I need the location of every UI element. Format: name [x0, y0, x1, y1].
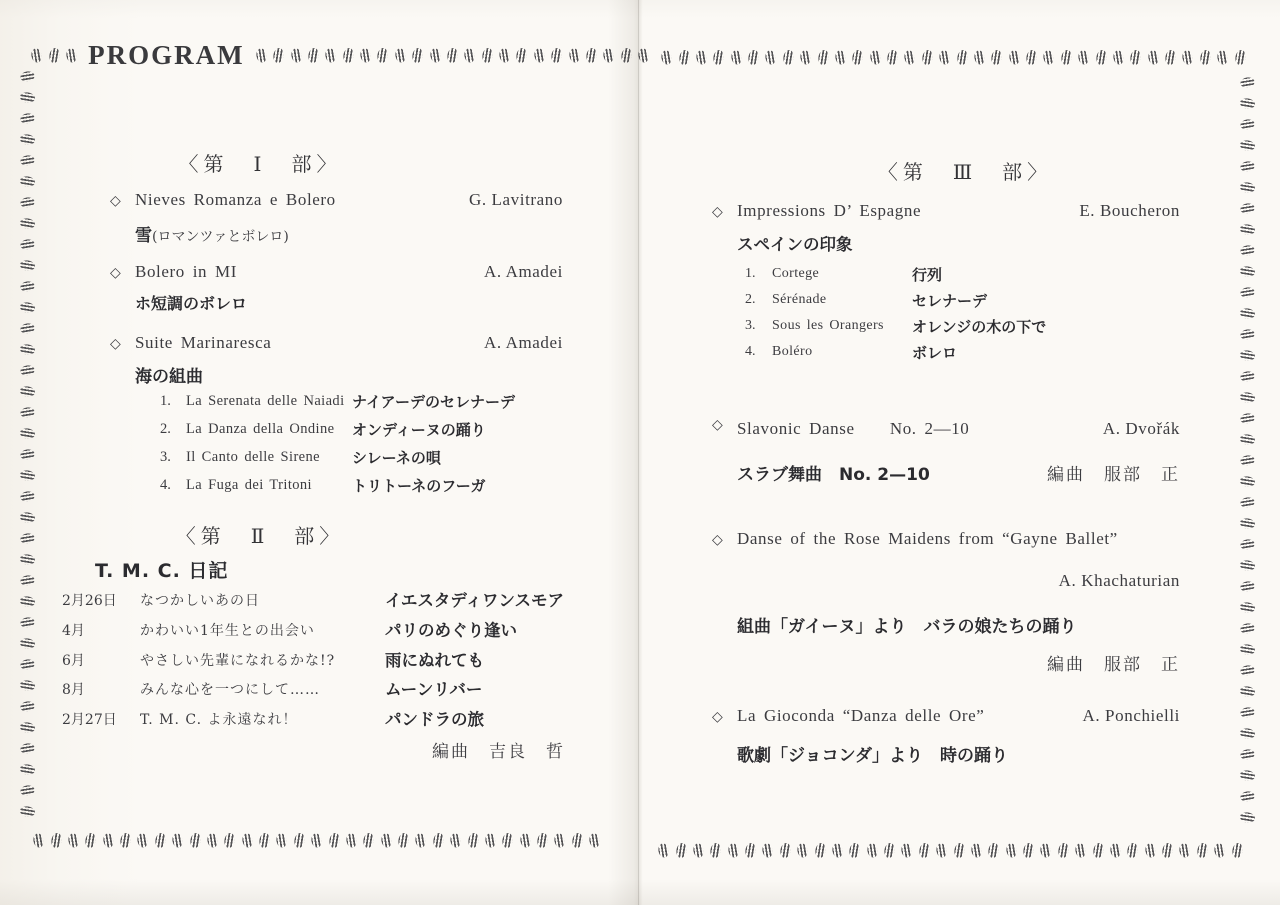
- piece-title: Slavonic Danse No. 2—10: [737, 414, 969, 439]
- ornament-icon: [223, 832, 236, 849]
- composer-name: A. Amadei: [484, 333, 563, 353]
- diary-title: T. M. C. 日記: [95, 556, 228, 583]
- ornament-icon: [380, 833, 393, 849]
- ornament-icon: [1042, 50, 1055, 66]
- ornament-icon: [19, 679, 36, 692]
- program-item: Bolero in MI A. Amadei: [135, 262, 563, 282]
- ornament-icon: [463, 48, 476, 64]
- ornament-icon: [952, 842, 965, 859]
- subtitle-main: 雪: [135, 226, 152, 246]
- ornament-icon: [84, 832, 97, 849]
- part2-heading: 〈第 Ⅱ 部〉: [100, 520, 420, 549]
- ornament-icon: [20, 700, 36, 713]
- ornament-icon: [19, 595, 36, 608]
- diary-date: 8月: [62, 679, 85, 699]
- ornament-icon: [241, 833, 254, 849]
- ornament-icon: [730, 50, 743, 66]
- program-item: Nieves Romanza e Bolero G. Lavitrano: [135, 190, 563, 210]
- diamond-bullet: ◇: [712, 532, 723, 548]
- ornament-icon: [533, 48, 546, 64]
- movement-title: Il Canto delle Sirene: [186, 449, 320, 466]
- ornament-icon: [1216, 50, 1229, 66]
- diary-song: パンドラの旅: [385, 706, 484, 730]
- ornament-icon: [449, 833, 462, 849]
- ornament-icon: [1240, 748, 1256, 761]
- ornament-icon: [1240, 160, 1256, 173]
- piece-subtitle: 雪(ロマンツァとボレロ): [135, 221, 289, 246]
- ornament-icon: [536, 832, 549, 849]
- movement-title: Boléro: [772, 344, 813, 360]
- ornament-icon: [727, 843, 740, 859]
- ornament-icon: [660, 50, 673, 66]
- ornament-icon: [515, 47, 528, 64]
- movement-title-ja: トリトーネのフーガ: [352, 475, 486, 496]
- ornament-icon: [1181, 50, 1194, 66]
- ornament-icon: [747, 49, 760, 66]
- ornament-icon: [466, 832, 479, 849]
- ornament-icon: [677, 49, 690, 66]
- ornament-icon: [744, 842, 757, 859]
- ornament-icon: [20, 784, 36, 797]
- ornament-icon: [484, 833, 497, 849]
- ornament-icon: [851, 49, 864, 66]
- piece-title: La Gioconda “Danza delle Ore”: [737, 706, 984, 726]
- movement-title: Cortege: [772, 266, 819, 282]
- diary-date: 2月26日: [62, 590, 117, 610]
- ornament-icon: [1005, 843, 1018, 859]
- ornament-icon: [342, 47, 355, 64]
- ornament-icon: [782, 49, 795, 66]
- ornament-icon: [310, 833, 323, 849]
- movement-title-ja: セレナーデ: [912, 290, 987, 311]
- ornament-icon: [1239, 349, 1256, 362]
- program-item: Suite Marinaresca A. Amadei: [135, 333, 563, 353]
- ornament-icon: [20, 532, 36, 545]
- ornament-icon: [1240, 328, 1256, 341]
- diary-date: 2月27日: [62, 709, 117, 729]
- ornament-icon: [1144, 843, 1157, 859]
- ornament-icon: [1057, 842, 1070, 859]
- piece-title: Suite Marinaresca: [135, 333, 271, 353]
- ornament-icon: [102, 833, 115, 849]
- ornament-icon: [938, 50, 951, 66]
- ornament-icon: [20, 448, 36, 461]
- subtitle-arranger-row: スラブ舞曲 No. 2—10 編曲 服部 正: [737, 460, 1180, 485]
- ornament-icon: [568, 48, 581, 64]
- ornament-icon: [20, 280, 36, 293]
- diamond-bullet: ◇: [712, 204, 723, 220]
- ornament-icon: [1240, 286, 1256, 299]
- ornament-icon: [764, 50, 777, 66]
- ornament-icon: [20, 490, 36, 503]
- ornament-icon: [20, 70, 36, 83]
- ornament-icon: [20, 574, 36, 587]
- ornament-icon: [970, 843, 983, 859]
- ornament-icon: [761, 843, 774, 859]
- composer-name: A. Dvořák: [1103, 419, 1180, 439]
- ornament-icon: [411, 47, 424, 64]
- ornament-icon: [19, 133, 36, 146]
- ornament-icon: [1240, 412, 1256, 425]
- diary-song: ムーンリバー: [385, 676, 482, 700]
- ornament-icon: [394, 48, 407, 64]
- ornament-icon: [1233, 49, 1246, 66]
- diamond-bullet: ◇: [712, 417, 723, 433]
- ornament-icon: [498, 48, 511, 64]
- movement-number: 3.: [160, 449, 171, 466]
- ornament-icon: [519, 833, 532, 849]
- ornament-icon: [19, 763, 36, 776]
- ornament-icon: [30, 48, 43, 64]
- border-top-right: [658, 50, 1249, 65]
- ornament-icon: [1239, 307, 1256, 320]
- movement-number: 4.: [160, 477, 171, 494]
- diamond-bullet: ◇: [712, 709, 723, 725]
- program-item: La Gioconda “Danza delle Ore” A. Ponchie…: [737, 706, 1180, 726]
- diary-song: イエスタディワンスモア: [385, 587, 564, 611]
- ornament-icon: [990, 49, 1003, 66]
- ornament-icon: [206, 833, 219, 849]
- movement-title-ja: ナイアーデのセレナーデ: [352, 391, 515, 412]
- ornament-icon: [307, 47, 320, 64]
- ornament-icon: [1240, 538, 1256, 551]
- ornament-icon: [1164, 49, 1177, 66]
- ornament-icon: [1240, 496, 1256, 509]
- ornament-icon: [19, 427, 36, 440]
- ornament-icon: [345, 833, 358, 849]
- ornament-icon: [779, 842, 792, 859]
- diary-date: 6月: [62, 650, 85, 670]
- ornament-icon: [831, 843, 844, 859]
- ornament-icon: [1109, 843, 1122, 859]
- ornament-icon: [1239, 265, 1256, 278]
- ornament-icon: [47, 47, 60, 64]
- diary-caption: みんな心を一つにして……: [140, 679, 320, 699]
- border-right: [1242, 72, 1253, 828]
- ornament-icon: [1077, 50, 1090, 66]
- ornament-icon: [1147, 50, 1160, 66]
- page-fold-shadow: [608, 0, 664, 905]
- ornament-icon: [712, 49, 725, 66]
- ornament-icon: [1239, 811, 1256, 824]
- ornament-icon: [293, 832, 306, 849]
- piece-subtitle: 組曲「ガイーヌ」より バラの娘たちの踊り: [737, 612, 1077, 637]
- ornament-icon: [362, 832, 375, 849]
- ornament-icon: [1199, 49, 1212, 66]
- ornament-icon: [834, 50, 847, 66]
- ornament-icon: [1239, 517, 1256, 530]
- border-bottom-left: [30, 833, 603, 848]
- ornament-icon: [67, 833, 80, 849]
- composer-name: G. Lavitrano: [469, 190, 563, 210]
- ornament-icon: [886, 49, 899, 66]
- movement-title: La Fuga dei Tritoni: [186, 477, 312, 494]
- ornament-icon: [19, 385, 36, 398]
- composer-name: A. Khachaturian: [737, 571, 1180, 591]
- ornament-icon: [20, 658, 36, 671]
- ornament-icon: [935, 843, 948, 859]
- ornament-icon: [32, 833, 45, 849]
- piece-title: Bolero in MI: [135, 262, 237, 282]
- ornament-icon: [481, 47, 494, 64]
- ornament-icon: [19, 91, 36, 104]
- ornament-icon: [1240, 76, 1256, 89]
- ornament-icon: [585, 47, 598, 64]
- movement-title-ja: ボレロ: [912, 342, 957, 363]
- arranger-credit: 編曲 吉良 哲: [300, 737, 565, 762]
- movement-number: 2.: [160, 421, 171, 438]
- ornament-icon: [20, 616, 36, 629]
- piece-subtitle: 海の組曲: [135, 362, 203, 387]
- movement-title: Sérénade: [772, 292, 827, 308]
- ornament-icon: [1240, 790, 1256, 803]
- ornament-icon: [900, 843, 913, 859]
- ornament-icon: [429, 48, 442, 64]
- ornament-icon: [19, 259, 36, 272]
- ornament-icon: [1060, 49, 1073, 66]
- ornament-icon: [1240, 706, 1256, 719]
- ornament-icon: [1025, 49, 1038, 66]
- ornament-icon: [1239, 769, 1256, 782]
- movement-title: La Danza della Ondine: [186, 421, 334, 438]
- ornament-icon: [1240, 454, 1256, 467]
- ornament-icon: [1239, 97, 1256, 110]
- ornament-icon: [921, 49, 934, 66]
- program-title: PROGRAM: [88, 42, 244, 69]
- ornament-icon: [1178, 843, 1191, 859]
- ornament-icon: [1239, 391, 1256, 404]
- ornament-icon: [657, 843, 670, 859]
- ornament-icon: [376, 47, 389, 64]
- ornament-icon: [1239, 223, 1256, 236]
- ornament-icon: [397, 832, 410, 849]
- ornament-icon: [1239, 433, 1256, 446]
- ornament-icon: [19, 175, 36, 188]
- ornament-icon: [188, 832, 201, 849]
- ornament-icon: [1239, 601, 1256, 614]
- ornament-icon: [1091, 842, 1104, 859]
- ornament-icon: [446, 47, 459, 64]
- ornament-icon: [973, 50, 986, 66]
- ornament-icon: [799, 50, 812, 66]
- diary-song: 雨にぬれても: [385, 647, 484, 671]
- movement-title-ja: オンディーヌの踊り: [352, 419, 486, 440]
- ornament-icon: [1239, 559, 1256, 572]
- composer-name: A. Ponchielli: [1082, 706, 1180, 726]
- ornament-icon: [796, 843, 809, 859]
- ornament-icon: [49, 832, 62, 849]
- ornament-icon: [1129, 49, 1142, 66]
- ornament-icon: [20, 322, 36, 335]
- ornament-icon: [1074, 843, 1087, 859]
- ornament-icon: [1230, 842, 1243, 859]
- ornament-icon: [816, 49, 829, 66]
- ornament-icon: [501, 832, 514, 849]
- ornament-icon: [20, 238, 36, 251]
- border-left: [22, 66, 33, 822]
- composer-name: E. Boucheron: [1079, 201, 1180, 221]
- piece-title: Impressions D’ Espagne: [737, 201, 921, 221]
- movement-title-ja: シレーネの唄: [352, 447, 441, 468]
- ornament-icon: [19, 217, 36, 230]
- ornament-icon: [866, 843, 879, 859]
- ornament-icon: [848, 842, 861, 859]
- ornament-icon: [359, 48, 372, 64]
- diary-date: 4月: [62, 620, 85, 640]
- border-top-left: PROGRAM: [28, 42, 652, 69]
- ornament-icon: [1240, 370, 1256, 383]
- program-item: Impressions D’ Espagne E. Boucheron: [737, 201, 1180, 221]
- arranger-credit: 編曲 服部 正: [737, 650, 1180, 675]
- ornament-icon: [432, 832, 445, 849]
- movement-title-ja: 行列: [912, 264, 942, 285]
- movement-number: 1.: [160, 393, 171, 410]
- diary-song: パリのめぐり逢い: [385, 617, 517, 641]
- ornament-icon: [136, 833, 149, 849]
- ornament-icon: [550, 47, 563, 64]
- ornament-icon: [171, 833, 184, 849]
- ornament-icon: [19, 637, 36, 650]
- ornament-icon: [290, 48, 303, 64]
- subtitle-note: (ロマンツァとボレロ): [152, 229, 289, 245]
- ornament-icon: [987, 842, 1000, 859]
- part1-heading: 〈第 Ⅰ 部〉: [100, 148, 420, 177]
- part3-heading: 〈第 Ⅲ 部〉: [805, 156, 1125, 185]
- ornament-icon: [20, 112, 36, 125]
- ornament-icon: [1239, 475, 1256, 488]
- ornament-icon: [1239, 139, 1256, 152]
- ornament-icon: [19, 301, 36, 314]
- ornament-icon: [674, 842, 687, 859]
- ornament-icon: [955, 49, 968, 66]
- ornament-icon: [637, 48, 650, 64]
- movement-number: 2.: [745, 292, 756, 308]
- ornament-icon: [1239, 727, 1256, 740]
- ornament-icon: [255, 48, 268, 64]
- ornament-icon: [695, 50, 708, 66]
- ornament-icon: [20, 742, 36, 755]
- diary-caption: かわいい1年生との出会い: [140, 620, 315, 640]
- ornament-icon: [602, 48, 615, 64]
- ornament-icon: [19, 343, 36, 356]
- diamond-bullet: ◇: [110, 265, 121, 281]
- diary-caption: なつかしいあの日: [140, 590, 260, 610]
- piece-subtitle: スラブ舞曲 No. 2—10: [737, 460, 930, 485]
- ornament-icon: [883, 842, 896, 859]
- ornament-icon: [1240, 622, 1256, 635]
- border-bottom-right: [655, 843, 1246, 858]
- piece-subtitle: ホ短調のボレロ: [135, 291, 247, 314]
- ornament-icon: [1196, 842, 1209, 859]
- ornament-icon: [1240, 118, 1256, 131]
- ornament-icon: [327, 832, 340, 849]
- ornament-icon: [1161, 842, 1174, 859]
- movement-title: La Serenata delle Naiadi: [186, 393, 345, 410]
- diary-caption: T. M. C. よ永遠なれ！: [140, 709, 298, 729]
- ornament-icon: [20, 406, 36, 419]
- ornament-icon: [19, 805, 36, 818]
- ornament-icon: [1239, 181, 1256, 194]
- ornament-icon: [1022, 842, 1035, 859]
- movement-number: 3.: [745, 318, 756, 334]
- ornament-icon: [553, 833, 566, 849]
- ornament-icon: [1239, 643, 1256, 656]
- arranger-credit: 編曲 服部 正: [1047, 460, 1180, 485]
- ornament-icon: [813, 842, 826, 859]
- piece-subtitle: 歌劇「ジョコンダ」より 時の踊り: [737, 741, 1008, 766]
- ornament-icon: [19, 469, 36, 482]
- piece-title: Nieves Romanza e Bolero: [135, 190, 336, 210]
- diamond-bullet: ◇: [110, 336, 121, 352]
- ornament-icon: [1008, 50, 1021, 66]
- ornament-icon: [20, 154, 36, 167]
- ornament-icon: [869, 50, 882, 66]
- ornament-icon: [903, 50, 916, 66]
- ornament-icon: [20, 364, 36, 377]
- movement-number: 4.: [745, 344, 756, 360]
- ornament-icon: [119, 832, 132, 849]
- ornament-icon: [709, 842, 722, 859]
- ornament-icon: [20, 196, 36, 209]
- ornament-icon: [19, 511, 36, 524]
- page-fold-line: [638, 0, 639, 905]
- ornament-icon: [19, 553, 36, 566]
- composer-name: A. Amadei: [484, 262, 563, 282]
- ornament-icon: [272, 47, 285, 64]
- movement-title: Sous les Orangers: [772, 318, 884, 334]
- ornament-icon: [1094, 49, 1107, 66]
- ornament-icon: [65, 48, 78, 64]
- ornament-icon: [571, 832, 584, 849]
- ornament-icon: [1240, 664, 1256, 677]
- ornament-icon: [19, 721, 36, 734]
- movement-title-ja: オレンジの木の下で: [912, 316, 1046, 337]
- ornament-icon: [258, 832, 271, 849]
- program-item: Slavonic Danse No. 2—10 A. Dvořák: [737, 414, 1180, 439]
- ornament-icon: [1112, 50, 1125, 66]
- piece-title: Danse of the Rose Maidens from “Gayne Ba…: [737, 529, 1118, 549]
- ornament-icon: [1126, 842, 1139, 859]
- diamond-bullet: ◇: [110, 193, 121, 209]
- ornament-icon: [918, 842, 931, 859]
- ornament-icon: [1239, 685, 1256, 698]
- ornament-icon: [1213, 843, 1226, 859]
- movement-number: 1.: [745, 266, 756, 282]
- ornament-icon: [414, 833, 427, 849]
- ornament-icon: [154, 832, 167, 849]
- ornament-icon: [275, 833, 288, 849]
- ornament-icon: [1240, 244, 1256, 257]
- ornament-icon: [1240, 202, 1256, 215]
- ornament-icon: [324, 48, 337, 64]
- ornament-icon: [1240, 580, 1256, 593]
- ornament-icon: [1039, 843, 1052, 859]
- piece-subtitle: スペインの印象: [737, 231, 853, 255]
- ornament-icon: [588, 833, 601, 849]
- diary-caption: やさしい先輩になれるかな!?: [140, 650, 335, 670]
- ornament-icon: [620, 47, 633, 64]
- ornament-icon: [692, 843, 705, 859]
